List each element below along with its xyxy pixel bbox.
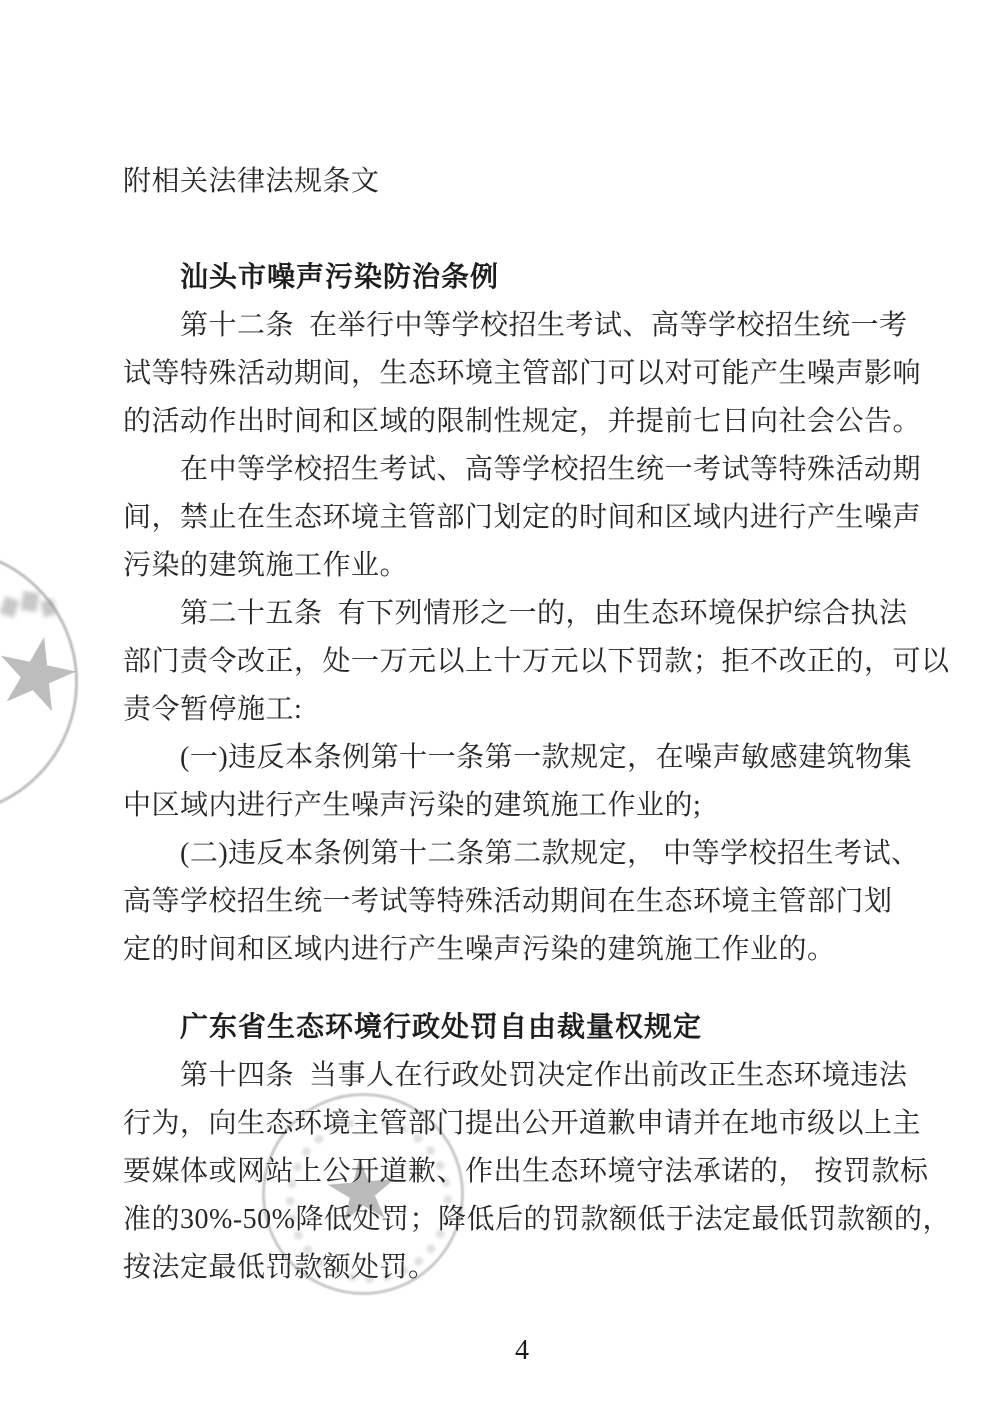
text-line: 污染的建筑施工作业。 xyxy=(123,542,883,590)
text-line: 按法定最低罚款额处罚。 xyxy=(123,1244,883,1292)
text-line: 高等学校招生统一考试等特殊活动期间在生态环境主管部门划 xyxy=(123,878,883,926)
section-shantou-noise-regulation: 汕头市噪声污染防治条例 第十二条 在举行中等学校招生考试、高等学校招生统一考 试… xyxy=(123,254,883,974)
text-line: 行为，向生态环境主管部门提出公开道歉申请并在地市级以上主 xyxy=(123,1100,883,1148)
text-line: 要媒体或网站上公开道歉、作出生态环境守法承诺的， 按罚款标 xyxy=(123,1148,883,1196)
blank-line xyxy=(123,206,883,254)
section-guangdong-discretion-rules: 广东省生态环境行政处罚自由裁量权规定 第十四条 当事人在行政处罚决定作出前改正生… xyxy=(123,1004,883,1292)
text-line: 责令暂停施工: xyxy=(123,686,883,734)
text-line: 部门责令改正，处一万元以上十万元以下罚款；拒不改正的，可以 xyxy=(123,638,883,686)
seal-glyph-mark xyxy=(0,596,20,618)
text-line: 第二十五条 有下列情形之一的，由生态环境保护综合执法 xyxy=(123,590,883,638)
document-heading: 附相关法律法规条文 xyxy=(123,158,883,206)
text-line: 中区域内进行产生噪声污染的建筑施工作业的; xyxy=(123,782,883,830)
text-line: 在中等学校招生考试、高等学校招生统一考试等特殊活动期 xyxy=(123,446,883,494)
left-seal-text-marks xyxy=(0,592,60,642)
scanned-document-page: 附相关法律法规条文 汕头市噪声污染防治条例 第十二条 在举行中等学校招生考试、高… xyxy=(0,0,1000,1414)
section-title: 汕头市噪声污染防治条例 xyxy=(123,254,883,302)
text-line: 试等特殊活动期间，生态环境主管部门可以对可能产生噪声影响 xyxy=(123,350,883,398)
seal-glyph-mark xyxy=(40,599,56,617)
text-line: (一)违反本条例第十一条第一款规定，在噪声敏感建筑物集 xyxy=(123,734,883,782)
seal-glyph-mark xyxy=(21,591,39,612)
text-line: 第十二条 在举行中等学校招生考试、高等学校招生统一考 xyxy=(123,302,883,350)
text-line: 间，禁止在生态环境主管部门划定的时间和区域内进行产生噪声 xyxy=(123,494,883,542)
text-line: 的活动作出时间和区域的限制性规定，并提前七日向社会公告。 xyxy=(123,398,883,446)
text-line: (二)违反本条例第十二条第二款规定， 中等学校招生考试、 xyxy=(123,830,883,878)
text-line: 定的时间和区域内进行产生噪声污染的建筑施工作业的。 xyxy=(123,926,883,974)
text-line: 第十四条 当事人在行政处罚决定作出前改正生态环境违法 xyxy=(123,1052,883,1100)
document-body: 附相关法律法规条文 汕头市噪声污染防治条例 第十二条 在举行中等学校招生考试、高… xyxy=(123,158,883,1292)
page-number: 4 xyxy=(486,1330,558,1372)
section-title: 广东省生态环境行政处罚自由裁量权规定 xyxy=(123,1004,883,1052)
text-line: 准的30%-50%降低处罚；降低后的罚款额低于法定最低罚款额的， xyxy=(123,1196,883,1244)
